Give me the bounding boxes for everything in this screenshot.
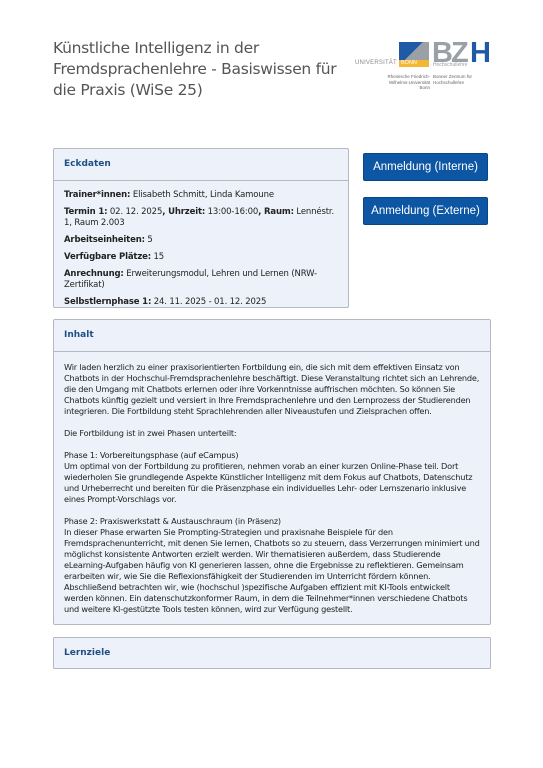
arbeitseinheiten-value: 5: [145, 235, 153, 245]
plaetze-label: Verfügbare Plätze:: [64, 252, 151, 262]
inhalt-paragraph: Die Fortbildung ist in zwei Phasen unter…: [64, 428, 480, 439]
bzh-subtitle: Hochschullehre: [433, 62, 467, 68]
bzh-logo: UNIVERSITÄT BONN BZ H Hochschullehre Rhe…: [355, 40, 495, 90]
inhalt-paragraph: Phase 1: Vorbereitungsphase (auf eCampus…: [64, 450, 480, 505]
plaetze-row: Verfügbare Plätze: 15: [64, 252, 338, 263]
bzh-h-letter: H: [470, 38, 491, 68]
bonn-badge: BONN: [399, 60, 429, 67]
page-title: Künstliche Intelligenz in der Fremdsprac…: [53, 38, 353, 101]
logo-caption-bzh: Bonner Zentrum für Hochschullehre: [433, 74, 483, 85]
inhalt-paragraph: Wir laden herzlich zu einer praxisorient…: [64, 362, 480, 417]
inhalt-panel: Inhalt Wir laden herzlich zu einer praxi…: [53, 319, 491, 625]
lernziele-heading[interactable]: Lernziele: [54, 638, 490, 670]
trainer-label: Trainer*innen:: [64, 190, 130, 200]
termin-row: Termin 1: 02. 12. 2025, Uhrzeit: 13:00-1…: [64, 207, 338, 229]
trainer-value: Elisabeth Schmitt, Linda Kamoune: [130, 190, 274, 200]
selbstlern-value: 24. 11. 2025 - 01. 12. 2025: [151, 297, 266, 307]
lernziele-panel[interactable]: Lernziele: [53, 637, 491, 669]
uhrzeit-label: , Uhrzeit:: [162, 207, 205, 217]
register-external-button[interactable]: Anmeldung (Externe): [363, 197, 488, 225]
eckdaten-heading: Eckdaten: [54, 149, 348, 181]
inhalt-body: Wir laden herzlich zu einer praxisorient…: [54, 352, 490, 636]
inhalt-heading: Inhalt: [54, 320, 490, 352]
trainer-row: Trainer*innen: Elisabeth Schmitt, Linda …: [64, 190, 338, 201]
selbstlern-label: Selbstlernphase 1:: [64, 297, 151, 307]
selbstlern-row: Selbstlernphase 1: 24. 11. 2025 - 01. 12…: [64, 297, 338, 308]
arbeitseinheiten-label: Arbeitseinheiten:: [64, 235, 145, 245]
inhalt-paragraph: Phase 2: Praxiswerkstatt & Austauschraum…: [64, 516, 480, 615]
logo-caption-university: Rheinische Friedrich-Wilhelms-Universitä…: [385, 74, 430, 91]
university-logo-mark: [399, 42, 429, 60]
eckdaten-panel: Eckdaten Trainer*innen: Elisabeth Schmit…: [53, 148, 349, 308]
raum-label: , Raum:: [258, 207, 294, 217]
uhrzeit-value: 13:00-16:00: [205, 207, 258, 217]
anrechnung-row: Anrechnung: Erweiterungsmodul, Lehren un…: [64, 269, 338, 291]
plaetze-value: 15: [151, 252, 164, 262]
termin-value: 02. 12. 2025: [107, 207, 162, 217]
anrechnung-label: Anrechnung:: [64, 269, 124, 279]
register-internal-button[interactable]: Anmeldung (Interne): [363, 153, 488, 181]
arbeitseinheiten-row: Arbeitseinheiten: 5: [64, 235, 338, 246]
termin-label: Termin 1:: [64, 207, 107, 217]
eckdaten-body: Trainer*innen: Elisabeth Schmitt, Linda …: [54, 181, 348, 324]
university-wordmark: UNIVERSITÄT: [355, 60, 397, 66]
